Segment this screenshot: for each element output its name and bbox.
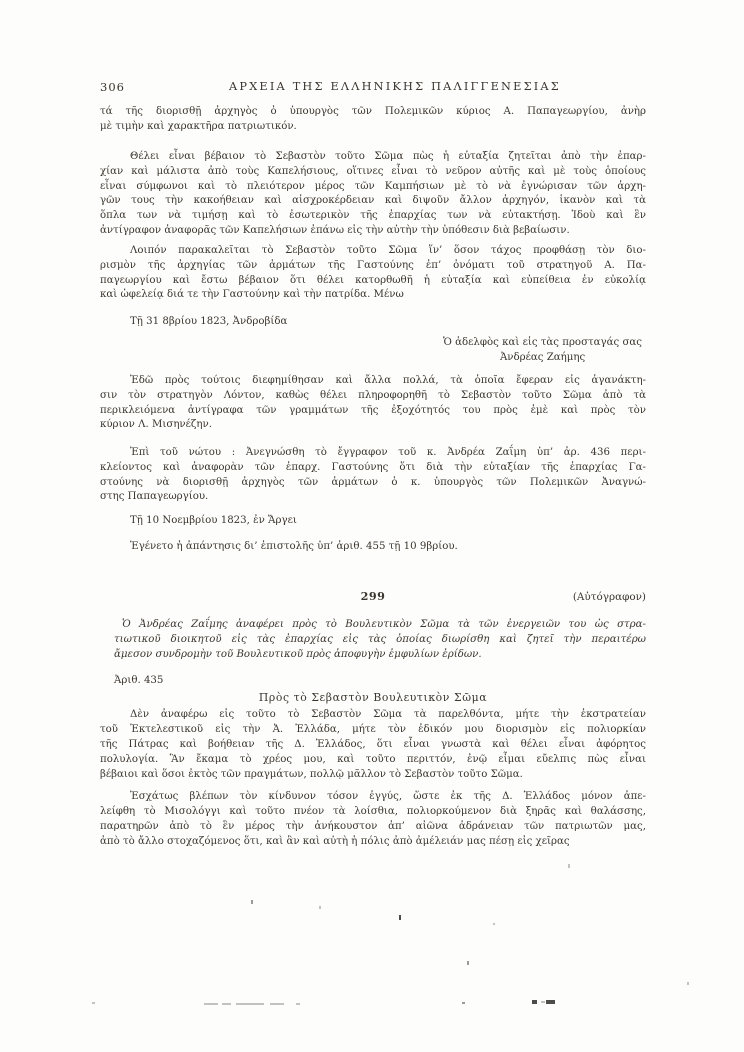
page-number: 306 (100, 80, 125, 95)
scan-speck (251, 900, 253, 904)
document-summary: Ὁ Ἀνδρέας Ζαΐμης ἀναφέρει πρὸς τὸ Βουλευ… (114, 617, 646, 663)
text-line: κύριον Λ. Μισηνέζην. (100, 418, 646, 433)
body-paragraph: Θέλει εἶναι βέβαιον τὸ Σεβαστὸν τοῦτο Σῶ… (100, 150, 646, 239)
scan-speck (467, 961, 469, 965)
text-line: εἶναι σύμφωνοι καὶ τὸ πλειότερον μέρος τ… (100, 180, 646, 195)
text-line: ἀπὸ τὸ ἄλλο στοχαζόμενος ὅτι, καὶ ἂν καὶ… (100, 834, 646, 849)
text-line: Δὲν ἀναφέρω εἰς τοῦτο τὸ Σεβαστὸν Σῶμα τ… (100, 707, 646, 722)
scan-dash (92, 1002, 95, 1004)
body-paragraph: Λοιπόν παρακαλεῖται τὸ Σεβαστὸν τοῦτο Σῶ… (100, 244, 646, 303)
scan-dash (296, 1003, 300, 1005)
text-line: βέβαιοι καὶ ὅσοι ἐκτὸς τῶν πραγμάτων, πο… (100, 767, 646, 782)
text-line: κλείοντος καὶ ἀναφορὰν τῶν ἐπαρχ. Γαστού… (100, 461, 646, 476)
text-line: πολυλογία. Ἂν ἔκαμα τὸ χρέος μου, καὶ το… (100, 752, 646, 767)
running-title: ΑΡΧΕΙΑ ΤΗΣ ΕΛΛΗΝΙΚΗΣ ΠΑΛΙΓΓΕΝΕΣΙΑΣ (100, 80, 646, 95)
text-line: χίαν καὶ μάλιστα ἀπὸ τοὺς Καπελήσιους, ο… (100, 165, 646, 180)
scan-speck (546, 1000, 555, 1004)
text-line: Ἐδῶ πρὸς τούτοις διεφημίθησαν καὶ ἄλλα π… (100, 374, 646, 389)
text-line: λείφθη τὸ Μισολόγγι καὶ τοῦτο πνέον τὰ λ… (100, 804, 646, 819)
scan-dash (270, 1003, 284, 1005)
dateline: Τῇ 31 8βρίου 1823, Ἀνδροβίδα (100, 315, 646, 330)
text-line: τά τῆς διορισθῇ ἀρχηγὸς ὁ ὑπουργὸς τῶν Π… (100, 105, 646, 120)
verso-annotation-paragraph: Ἐπὶ τοῦ νώτου : Ἀνεγνώσθη τὸ ἔγγραφον το… (100, 446, 646, 505)
text-line: στης Παπαγεωργίου. (100, 490, 646, 505)
body-paragraph: Δὲν ἀναφέρω εἰς τοῦτο τὸ Σεβαστὸν Σῶμα τ… (100, 707, 646, 782)
scanned-book-page: 306 ΑΡΧΕΙΑ ΤΗΣ ΕΛΛΗΝΙΚΗΣ ΠΑΛΙΓΓΕΝΕΣΙΑΣ τ… (0, 0, 744, 1052)
text-line: τῆς Πάτρας καὶ βοήθειαν τῆς Δ. Ἑλλάδος, … (100, 737, 646, 752)
text-line: ὅπλα των νὰ τιμήσῃ καὶ τὸ ἐσωτερικὸν τῆς… (100, 209, 646, 224)
scan-dash (236, 1003, 264, 1005)
text-line: τοῦ Ἐκτελεστικοῦ εἰς τὴν Ἀ. Ἑλλάδα, μήτε… (100, 722, 646, 737)
text-line: καὶ ὠφελείᾳ διά τε τὴν Γαστούνην καὶ τὴν… (100, 288, 646, 303)
text-line: περικλειόμενα ἀντίγραφα τῶν γραμμάτων τῆ… (100, 404, 646, 419)
text-line: ἄμεσον συνδρομὴν τοῦ Βουλευτικοῦ πρὸς ἀπ… (114, 647, 646, 662)
body-paragraph: Ἐσχάτως βλέπων τὸν κίνδυνον τόσον ἐγγύς,… (100, 789, 646, 849)
scan-speck (399, 915, 401, 920)
signature-name: Ἀνδρέας Ζαήμης (443, 351, 642, 366)
signature-inner: Ὁ ἀδελφὸς καὶ εἰς τὰς προσταγάς σας Ἀνδρ… (443, 336, 642, 366)
text-line: γῶν τους τὴν κακοήθειαν καὶ αἰσχροκέρδει… (100, 194, 646, 209)
scan-speck (532, 1000, 537, 1004)
scan-speck (541, 1001, 545, 1003)
text-line: στούνης νὰ διορισθῇ ἀρχηγὸς τῶν ἁρμάτων … (100, 476, 646, 491)
text-line: Θέλει εἶναι βέβαιον τὸ Σεβαστὸν τοῦτο Σῶ… (100, 150, 646, 165)
text-line: σιν τὸν στρατηγὸν Λόντον, καθὼς θέλει πλ… (100, 389, 646, 404)
text-line: ἀντίγραφον ἀναφορᾶς τῶν Καπελήσιων ἐπάνω… (100, 224, 646, 239)
scan-speck (687, 982, 689, 985)
scan-dash (222, 1003, 231, 1005)
scan-speck (462, 1002, 465, 1004)
text-line: τιωτικοῦ διοικητοῦ εἰς τὰς ἐπαρχίας εἰς … (114, 632, 646, 647)
scan-dash (204, 1003, 218, 1005)
paragraph-continued-from-previous-page: τά τῆς διορισθῇ ἀρχηγὸς ὁ ὑπουργὸς τῶν Π… (100, 105, 646, 135)
document-number: 299 (100, 589, 646, 604)
document-heading-row: 299 (Αὐτόγραφον) (100, 589, 646, 604)
page-header: 306 ΑΡΧΕΙΑ ΤΗΣ ΕΛΛΗΝΙΚΗΣ ΠΑΛΙΓΓΕΝΕΣΙΑΣ (100, 80, 646, 95)
salutation-heading: Πρὸς τὸ Σεβαστὸν Βουλευτικὸν Σῶμα (100, 691, 646, 706)
scan-speck (568, 864, 570, 868)
text-line: παγεωργίου καὶ ἔστω βέβαιον ὅτι θέλει κα… (100, 274, 646, 289)
text-line: Ὁ Ἀνδρέας Ζαΐμης ἀναφέρει πρὸς τὸ Βουλευ… (114, 617, 646, 632)
document-ref-number: Ἀριθ. 435 (100, 674, 646, 689)
signature-closing: Ὁ ἀδελφὸς καὶ εἰς τὰς προσταγάς σας (443, 336, 642, 351)
text-line: μὲ τιμὴν καὶ χαρακτῆρα πατριωτικόν. (100, 120, 646, 135)
dateline: Τῇ 10 Νοεμβρίου 1823, ἐν Ἄργει (100, 514, 646, 529)
text-line: Ἐπὶ τοῦ νώτου : Ἀνεγνώσθη τὸ ἔγγραφον το… (100, 446, 646, 461)
scan-speck (319, 906, 321, 909)
document-type-label: (Αὐτόγραφον) (573, 590, 646, 605)
scan-speck (493, 923, 495, 925)
text-column: 306 ΑΡΧΕΙΑ ΤΗΣ ΕΛΛΗΝΙΚΗΣ ΠΑΛΙΓΓΕΝΕΣΙΑΣ τ… (100, 0, 646, 1052)
signature-block: Ὁ ἀδελφὸς καὶ εἰς τὰς προσταγάς σας Ἀνδρ… (100, 336, 646, 366)
reply-note: Ἐγένετο ἡ ἀπάντησις δι’ ἐπιστολῆς ὑπ’ ἀρ… (100, 540, 646, 555)
text-line: ρισμὸν τῆς ἀρχηγίας τῶν ἁρμάτων τῆς Γαστ… (100, 259, 646, 274)
text-line: Λοιπόν παρακαλεῖται τὸ Σεβαστὸν τοῦτο Σῶ… (100, 244, 646, 259)
body-paragraph: Ἐδῶ πρὸς τούτοις διεφημίθησαν καὶ ἄλλα π… (100, 374, 646, 433)
text-line: Ἐσχάτως βλέπων τὸν κίνδυνον τόσον ἐγγύς,… (100, 789, 646, 804)
text-line: παρατηρῶν ἀπὸ τὸ ἓν μέρος τὴν ἀνήκουστον… (100, 819, 646, 834)
